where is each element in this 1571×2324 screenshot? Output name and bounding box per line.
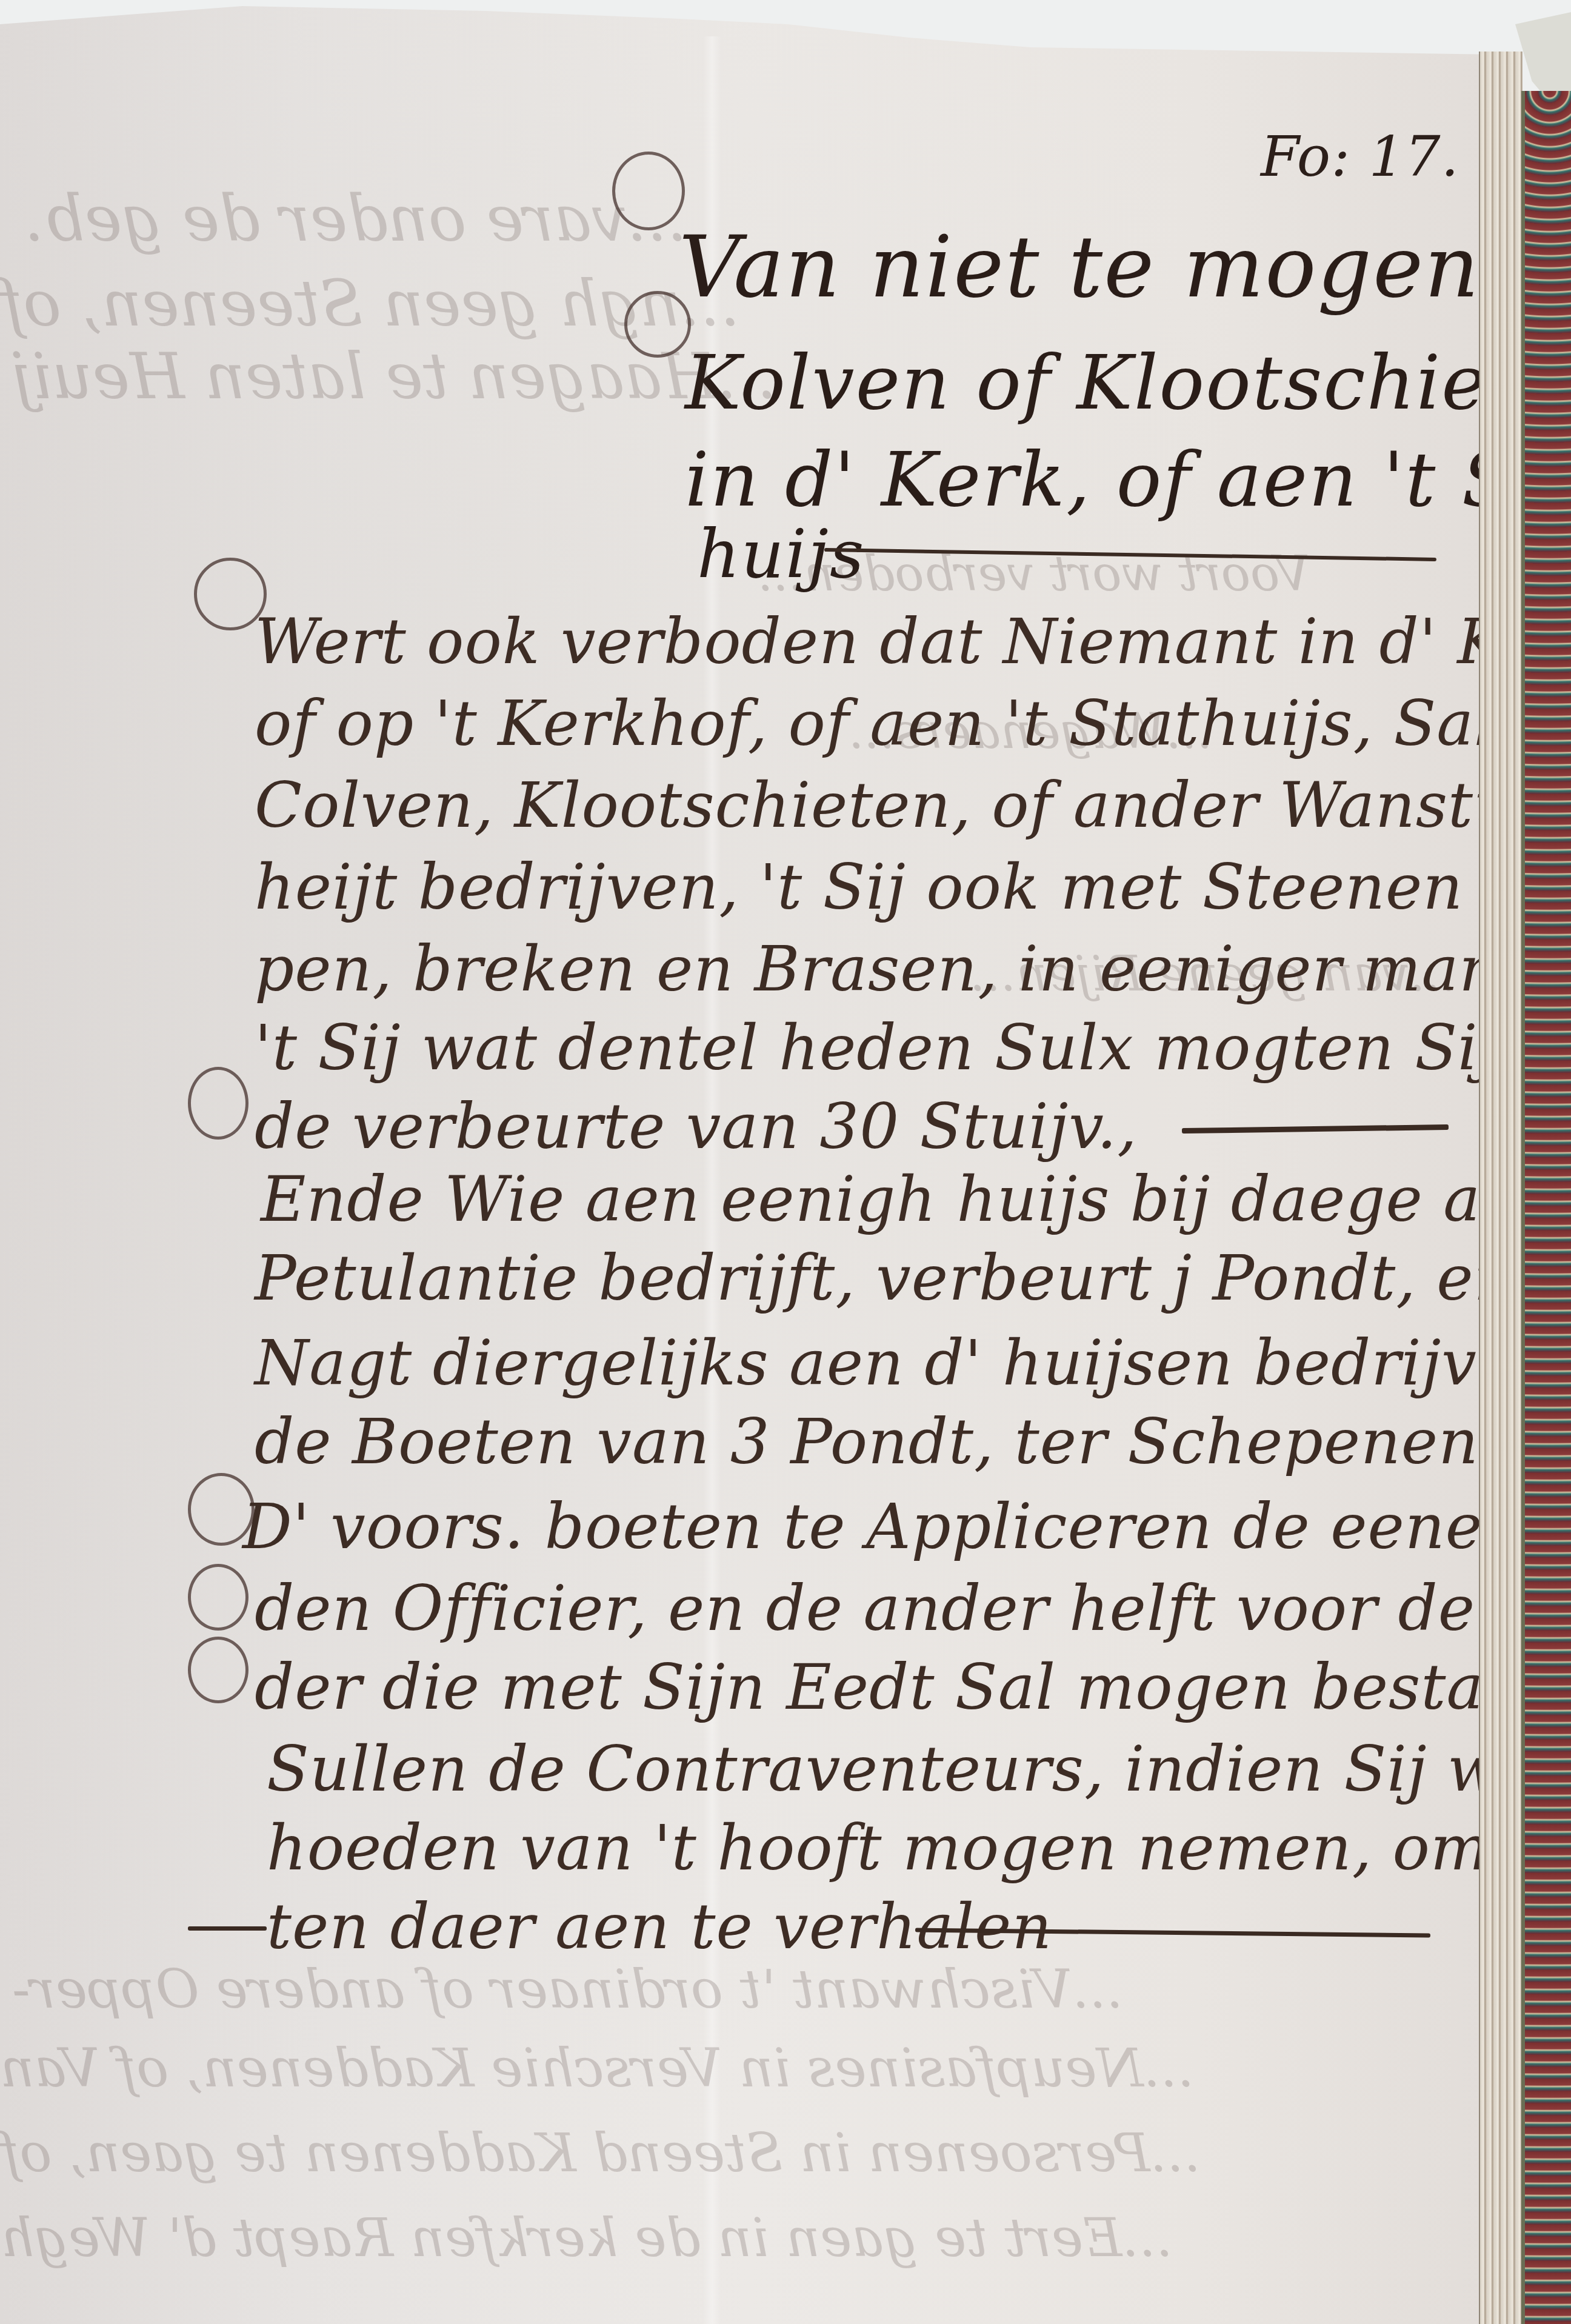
- body-line: Nagt diergelijks aen d' huijsen bedrijve…: [255, 1327, 1571, 1400]
- body-line: Colven, Klootschieten, of ander Wanstuig…: [255, 770, 1571, 842]
- marbled-book-binding: [1521, 91, 1571, 2324]
- body-line: ten daer aen te verhalen: [267, 1891, 1052, 1963]
- manuscript-page: ...vare onder de geb. ...ngh geen Steene…: [0, 0, 1497, 2324]
- bleed-through-line: ...Neupfasines in Verschie Kaddenen, of …: [0, 2037, 1194, 2099]
- bleed-through-line: ...vare onder de geb.: [24, 182, 687, 256]
- title-line: Van niet te mogen: [679, 218, 1480, 317]
- flourish-ornament: [188, 1067, 248, 1140]
- line-fill-rule: [188, 1926, 267, 1931]
- body-line: pen, breken en Brasen, in eeniger manier…: [255, 933, 1571, 1006]
- body-line: der die met Sijn Eedt Sal mogen bestaen,…: [255, 1652, 1571, 1724]
- title-line: Kolven of Klootschietes,: [685, 339, 1571, 427]
- body-line: Sullen de Contraventeurs, indien Sij wil…: [267, 1734, 1571, 1806]
- body-line: den Officier, en de ander helft voor de …: [255, 1573, 1571, 1645]
- flourish-ornament: [188, 1564, 248, 1631]
- body-line: heijt bedrijven, 't Sij ook met Steenen …: [255, 852, 1571, 924]
- title-line: huijs: [697, 515, 865, 593]
- folio-number: Fo: 17.: [1261, 124, 1459, 189]
- bleed-through-line: ...Eert te gaen in de kerkfen Raept d' W…: [0, 2206, 1173, 2269]
- body-line: D' voors. boeten te Appliceren de eene h…: [242, 1491, 1571, 1563]
- body-line: de verbeurte van 30 Stuijv.,: [255, 1091, 1138, 1163]
- bleed-through-line: ...Persoenen in Steend Kaddenen te gaen,…: [0, 2122, 1201, 2184]
- body-line: Petulantie bedrijft, verbeurt j Pondt, e…: [255, 1243, 1571, 1315]
- flourish-ornament: [188, 1637, 248, 1703]
- body-line: Ende Wie aen eenigh huijs bij daege al S…: [261, 1164, 1571, 1236]
- body-line: Wert ook verboden dat Niemant in d' Kerk: [255, 606, 1571, 678]
- book-page-edges: [1479, 52, 1523, 2324]
- body-line: of op 't Kerkhof, of aen 't Stathuijs, S…: [255, 688, 1495, 760]
- flourish-ornament: [612, 152, 685, 230]
- line-fill-rule: [1182, 1124, 1449, 1134]
- body-line: hoeden van 't hooft mogen nemen, om de b…: [267, 1812, 1571, 1885]
- body-line: de Boeten van 3 Pondt, ter Schepenen Pro…: [255, 1406, 1571, 1478]
- bleed-through-line: ...Vischwant 't ordinaer of andere Opper…: [12, 1958, 1123, 2020]
- body-line: 't Sij wat dentel heden Sulx mogten Sijn…: [255, 1012, 1571, 1084]
- title-line: in d' Kerk, of aen 't Stat: [685, 436, 1571, 524]
